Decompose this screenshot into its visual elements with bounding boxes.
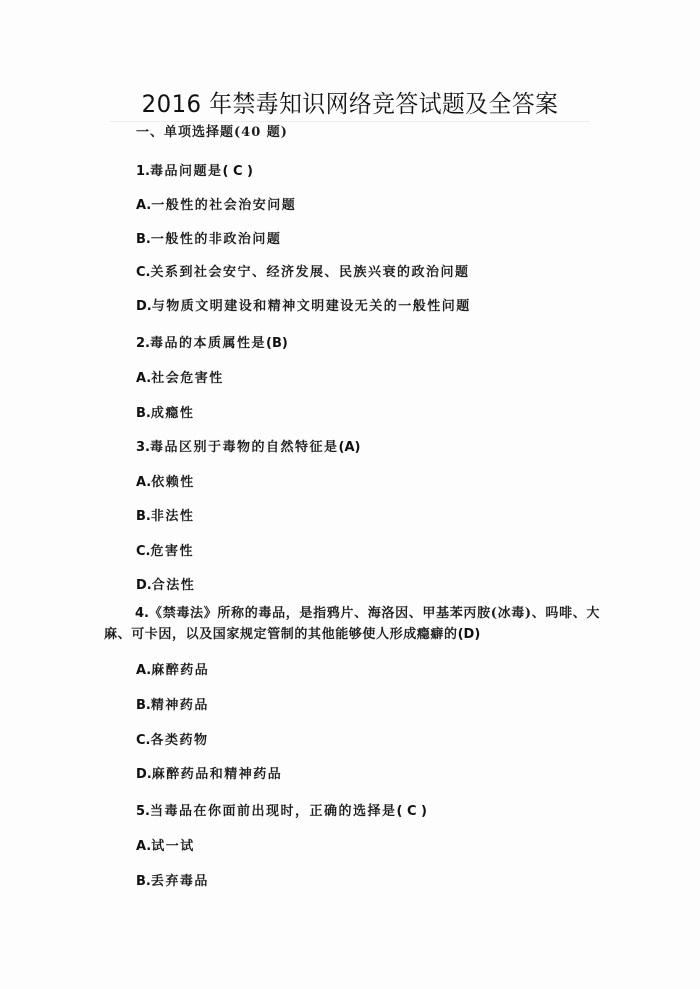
option-item: B.成瘾性: [136, 405, 194, 423]
option-label: C.: [136, 733, 150, 748]
option-item: B.精神药品: [136, 697, 209, 715]
option-label: D.: [136, 299, 152, 314]
question-answer: ( C ): [397, 804, 427, 819]
question-text: 毒品问题是: [150, 164, 223, 179]
option-item: C.关系到社会安宁、经济发展、民族兴衰的政治问题: [136, 264, 470, 282]
option-item: A.社会危害性: [136, 370, 224, 388]
option-text: 麻醉药品: [151, 663, 209, 678]
question-number: 4.: [135, 606, 149, 621]
section-heading: 一、单项选择题(40 题): [136, 124, 288, 142]
question-answer: (B): [266, 336, 288, 351]
option-text: 与物质文明建设和精神文明建设无关的一般性问题: [152, 299, 471, 314]
option-item: C.危害性: [136, 543, 194, 561]
option-label: A.: [136, 475, 151, 490]
question-text: 当毒品在你面前出现时，正确的选择是: [150, 804, 397, 819]
option-text: 试一试: [151, 839, 195, 854]
question-text: 毒品的本质属性是: [150, 336, 266, 351]
document-page: 2016 年禁毒知识网络竞答试题及全答案 一、单项选择题(40 题) 1.毒品问…: [0, 0, 700, 989]
question-2: 2.毒品的本质属性是(B): [136, 335, 288, 353]
option-item: D.与物质文明建设和精神文明建设无关的一般性问题: [136, 298, 471, 316]
question-number: 3.: [136, 440, 150, 455]
option-label: D.: [136, 578, 152, 593]
option-item: C.各类药物: [136, 732, 209, 750]
option-text: 成瘾性: [151, 406, 195, 421]
option-label: A.: [136, 839, 151, 854]
option-text: 一般性的社会治安问题: [151, 198, 296, 213]
question-4: 4.《禁毒法》所称的毒品，是指鸦片、海洛因、甲基苯丙胺(冰毒)、吗啡、大麻、可卡…: [104, 603, 600, 645]
option-text: 丢弃毒品: [151, 874, 209, 889]
option-label: D.: [136, 767, 152, 782]
question-text: 毒品区别于毒物的自然特征是: [150, 440, 339, 455]
option-text: 精神药品: [151, 698, 209, 713]
option-label: B.: [136, 874, 151, 889]
question-answer: (D): [458, 627, 481, 642]
option-item: A.依赖性: [136, 474, 195, 492]
option-item: A.麻醉药品: [136, 662, 209, 680]
option-text: 各类药物: [150, 733, 208, 748]
option-item: D.麻醉药品和精神药品: [136, 766, 282, 784]
option-label: B.: [136, 232, 151, 247]
option-text: 一般性的非政治问题: [151, 232, 282, 247]
option-text: 合法性: [152, 578, 196, 593]
title-divider: [110, 121, 590, 122]
option-item: A.一般性的社会治安问题: [136, 197, 296, 215]
option-label: B.: [136, 406, 151, 421]
option-label: A.: [136, 198, 151, 213]
document-title: 2016 年禁毒知识网络竞答试题及全答案: [18, 84, 683, 119]
option-text: 社会危害性: [151, 371, 224, 386]
option-item: B.非法性: [136, 508, 194, 526]
option-text: 关系到社会安宁、经济发展、民族兴衰的政治问题: [150, 265, 469, 280]
option-label: A.: [136, 663, 151, 678]
option-label: C.: [136, 265, 150, 280]
option-label: C.: [136, 544, 150, 559]
option-text: 非法性: [151, 509, 195, 524]
question-1: 1.毒品问题是( C ): [136, 163, 253, 181]
option-text: 麻醉药品和精神药品: [152, 767, 283, 782]
option-text: 依赖性: [151, 475, 195, 490]
option-item: B.丢弃毒品: [136, 873, 209, 891]
question-number: 2.: [136, 336, 150, 351]
question-number: 1.: [136, 164, 150, 179]
question-answer: (A): [339, 440, 361, 455]
question-text: 《禁毒法》所称的毒品，是指鸦片、海洛因、甲基苯丙胺(冰毒)、吗啡、大麻、可卡因，…: [104, 606, 600, 642]
option-text: 危害性: [150, 544, 194, 559]
option-item: A.试一试: [136, 838, 195, 856]
option-item: B.一般性的非政治问题: [136, 231, 281, 249]
question-3: 3.毒品区别于毒物的自然特征是(A): [136, 439, 360, 457]
question-5: 5.当毒品在你面前出现时，正确的选择是( C ): [136, 803, 427, 821]
question-number: 5.: [136, 804, 150, 819]
option-item: D.合法性: [136, 577, 195, 595]
option-label: A.: [136, 371, 151, 386]
question-answer: ( C ): [223, 164, 253, 179]
option-label: B.: [136, 698, 151, 713]
option-label: B.: [136, 509, 151, 524]
